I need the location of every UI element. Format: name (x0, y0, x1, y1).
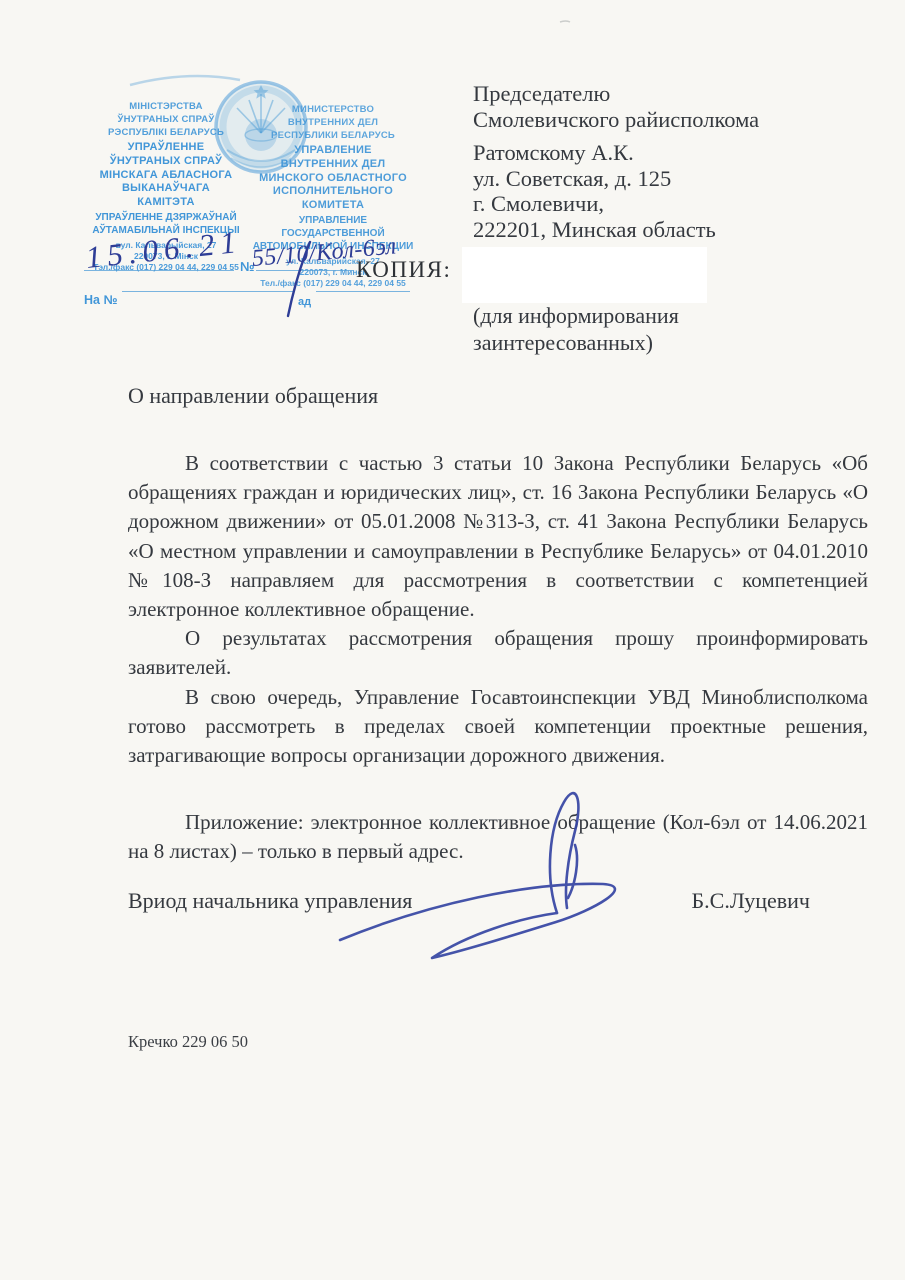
letterhead-left-ministry: МІНІСТЭРСТВА ЎНУТРАНЫХ СПРАЎ РЭСПУБЛІКІ … (80, 100, 252, 139)
attachment-paragraph: Приложение: электронное коллективное обр… (128, 808, 868, 866)
letter-body: В соответствии с частью 3 статьи 10 Зако… (128, 449, 868, 867)
redacted-area (462, 247, 707, 303)
subject-line: О направлении обращения (128, 383, 378, 409)
body-paragraph: О результатах рассмотрения обращения про… (128, 624, 868, 682)
stamp-line: РЕСПУБЛИКИ БЕЛАРУСЬ (250, 129, 416, 142)
from-label: ад (298, 296, 311, 308)
recipient-street: ул. Советская, д. 125 (473, 166, 759, 192)
letterhead-right-ministry: МИНИСТЕРСТВО ВНУТРЕННИХ ДЕЛ РЕСПУБЛИКИ Б… (250, 103, 416, 142)
body-paragraph: В соответствии с частью 3 статьи 10 Зако… (128, 449, 868, 624)
stamp-line: УПРАВЛЕНИЕ (250, 144, 416, 158)
copy-note: (для информирования заинтересованных) (473, 302, 679, 356)
executor-contact: Кречко 229 06 50 (128, 1032, 248, 1052)
scan-speck (560, 21, 570, 22)
reply-date-line (316, 291, 410, 292)
recipient-city: г. Смолевичи, (473, 191, 759, 217)
stamp-line: МІНІСТЭРСТВА (80, 100, 252, 113)
reply-prefix-label: На № (84, 293, 117, 307)
recipient-organization: Смолевичского райисполкома (473, 107, 759, 133)
stamp-line: ВНУТРЕННИХ ДЕЛ (250, 158, 416, 172)
scanned-letter-page: МІНІСТЭРСТВА ЎНУТРАНЫХ СПРАЎ РЭСПУБЛІКІ … (0, 0, 905, 1280)
stamp-line: ИСПОЛНИТЕЛЬНОГО (250, 185, 416, 199)
body-paragraph: В свою очередь, Управление Госавтоинспек… (128, 683, 868, 771)
stamp-line: УПРАЎЛЕННЕ ДЗЯРЖАЎНАЙ (80, 211, 252, 224)
copy-label: КОПИЯ: (356, 257, 451, 283)
stamp-line: КАМІТЭТА (80, 196, 252, 210)
stamp-line: КОМИТЕТА (250, 199, 416, 213)
stamp-line: МИНИСТЕРСТВО (250, 103, 416, 116)
stamp-line: ЎНУТРАНЫХ СПРАЎ (80, 155, 252, 169)
copy-note-line: заинтересованных) (473, 329, 679, 356)
recipient-title: Председателю (473, 81, 759, 107)
letterhead-right-org: УПРАВЛЕНИЕ ВНУТРЕННИХ ДЕЛ МИНСКОГО ОБЛАС… (250, 144, 416, 213)
stamp-line: РЭСПУБЛІКІ БЕЛАРУСЬ (80, 126, 252, 139)
stamp-line: ЎНУТРАНЫХ СПРАЎ (80, 113, 252, 126)
stamp-line: ВНУТРЕННИХ ДЕЛ (250, 116, 416, 129)
recipient-region: 222201, Минская область (473, 217, 759, 243)
stamp-line: МІНСКАГА АБЛАСНОГА (80, 169, 252, 183)
letterhead-left-org: УПРАЎЛЕННЕ ЎНУТРАНЫХ СПРАЎ МІНСКАГА АБЛА… (80, 141, 252, 210)
copy-note-line: (для информирования (473, 302, 679, 329)
stamp-line: ВЫКАНАЎЧАГА (80, 182, 252, 196)
stamp-line: УПРАЎЛЕННЕ (80, 141, 252, 155)
signer-name: Б.С.Луцевич (692, 888, 810, 914)
reply-number-line (122, 291, 294, 292)
recipient-name: Ратомскому А.К. (473, 140, 759, 166)
signer-position-title: Вриод начальника управления (128, 888, 412, 914)
recipient-block: Председателю Смолевичского райисполкома … (473, 81, 759, 242)
signature-row: Вриод начальника управления Б.С.Луцевич (128, 888, 810, 914)
stamp-line: МИНСКОГО ОБЛАСТНОГО (250, 172, 416, 186)
